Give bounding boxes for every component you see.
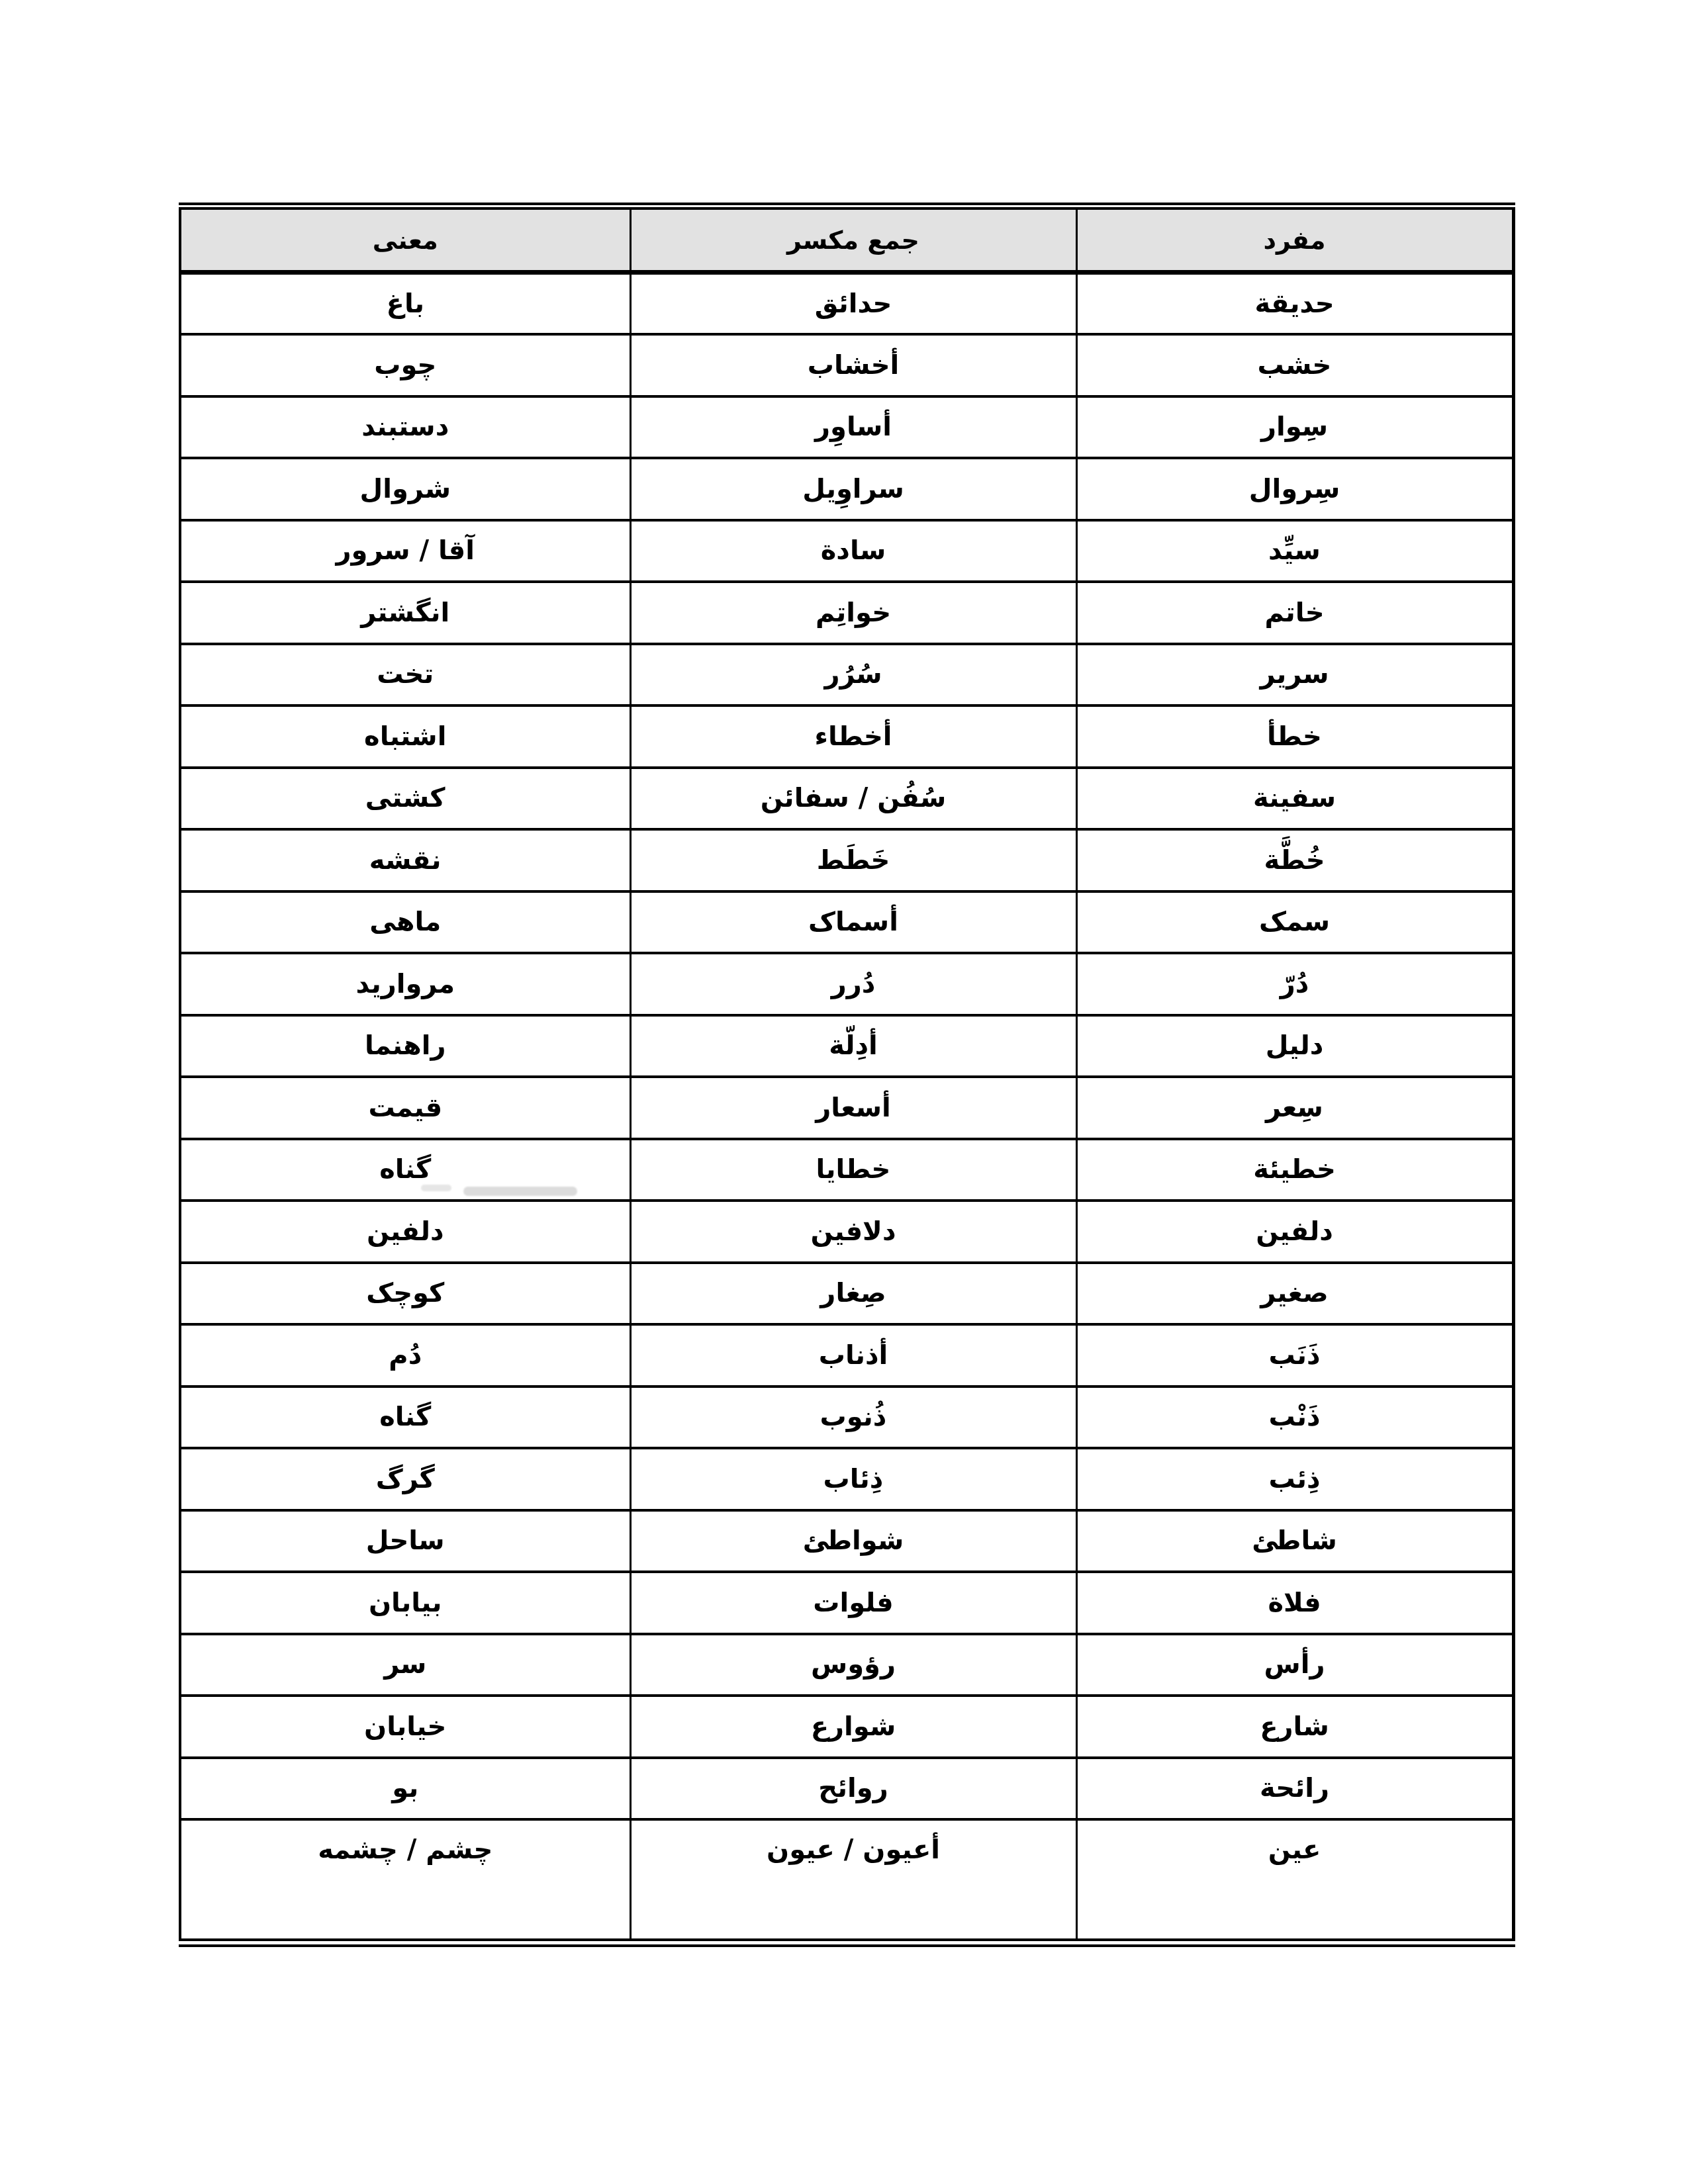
cell-meaning: گرگ <box>180 1448 630 1510</box>
table-row: سيِّدسادةآقا / سرور <box>180 520 1513 582</box>
table-row: سمکأسماکماهی <box>180 891 1513 954</box>
table-body: حديقةحدائقباغخشبأخشابچوبسِوارأساوِردستبن… <box>180 273 1513 1943</box>
cell-meaning: شروال <box>180 458 630 520</box>
table-row: شاطئشواطئساحل <box>180 1510 1513 1572</box>
cell-plural: صِغار <box>630 1263 1076 1325</box>
cell-singular: خُطَّة <box>1076 829 1513 891</box>
scan-artifact-light <box>421 1185 451 1191</box>
cell-singular: سفينة <box>1076 768 1513 830</box>
cell-singular: رأس <box>1076 1634 1513 1696</box>
cell-plural: أذناب <box>630 1324 1076 1387</box>
cell-meaning: تخت <box>180 644 630 706</box>
cell-singular: شارع <box>1076 1696 1513 1758</box>
cell-singular: شاطئ <box>1076 1510 1513 1572</box>
cell-singular: خطأ <box>1076 705 1513 768</box>
cell-plural: ذُنوب <box>630 1387 1076 1449</box>
cell-singular: ذَنَب <box>1076 1324 1513 1387</box>
cell-singular: خطيئة <box>1076 1139 1513 1201</box>
cell-singular: سِعر <box>1076 1077 1513 1139</box>
cell-singular: خاتم <box>1076 582 1513 644</box>
cell-plural: فلوات <box>630 1572 1076 1634</box>
table-row: دليلأدِلّةراهنما <box>180 1015 1513 1077</box>
cell-meaning: راهنما <box>180 1015 630 1077</box>
cell-plural: دلافين <box>630 1201 1076 1263</box>
table-row: دُرّدُررمروارید <box>180 953 1513 1015</box>
cell-singular: ذَنْب <box>1076 1387 1513 1449</box>
cell-meaning: چوب <box>180 334 630 396</box>
cell-singular: سمک <box>1076 891 1513 954</box>
cell-plural: أسماک <box>630 891 1076 954</box>
cell-meaning: ساحل <box>180 1510 630 1572</box>
column-header-singular: مفرد <box>1076 206 1513 273</box>
cell-meaning: آقا / سرور <box>180 520 630 582</box>
cell-plural: شواطئ <box>630 1510 1076 1572</box>
table-row: حديقةحدائقباغ <box>180 273 1513 335</box>
table-row: ذَنَبأذنابدُم <box>180 1324 1513 1387</box>
cell-plural: خطايا <box>630 1139 1076 1201</box>
cell-plural: سُرُر <box>630 644 1076 706</box>
cell-plural: دُرر <box>630 953 1076 1015</box>
table-row: شارعشوارعخیابان <box>180 1696 1513 1758</box>
cell-singular: سرير <box>1076 644 1513 706</box>
cell-meaning: دلفین <box>180 1201 630 1263</box>
cell-singular: فلاة <box>1076 1572 1513 1634</box>
cell-plural: سراوِيل <box>630 458 1076 520</box>
cell-meaning: قیمت <box>180 1077 630 1139</box>
table-row: فلاةفلواتبیابان <box>180 1572 1513 1634</box>
cell-meaning: اشتباه <box>180 705 630 768</box>
cell-singular: دليل <box>1076 1015 1513 1077</box>
cell-meaning: خیابان <box>180 1696 630 1758</box>
table-row: ذَنْبذُنوبگناه <box>180 1387 1513 1449</box>
cell-plural: سادة <box>630 520 1076 582</box>
cell-meaning: چشم / چشمه <box>180 1819 630 1942</box>
table-row: خطأأخطاءاشتباه <box>180 705 1513 768</box>
table-row: خُطَّةخَطَطنقشه <box>180 829 1513 891</box>
cell-plural: رؤوس <box>630 1634 1076 1696</box>
table-row: خاتمخواتِمانگشتر <box>180 582 1513 644</box>
cell-plural: أعيون / عيون <box>630 1819 1076 1942</box>
cell-singular: سِوار <box>1076 396 1513 459</box>
cell-plural: أخطاء <box>630 705 1076 768</box>
cell-meaning: بو <box>180 1758 630 1820</box>
cell-meaning: نقشه <box>180 829 630 891</box>
cell-singular: حديقة <box>1076 273 1513 335</box>
cell-meaning: ماهی <box>180 891 630 954</box>
cell-meaning: بیابان <box>180 1572 630 1634</box>
cell-plural: خَطَط <box>630 829 1076 891</box>
cell-singular: ذِئب <box>1076 1448 1513 1510</box>
cell-singular: خشب <box>1076 334 1513 396</box>
cell-plural: حدائق <box>630 273 1076 335</box>
cell-meaning: سر <box>180 1634 630 1696</box>
table-row: خطيئةخطاياگناه <box>180 1139 1513 1201</box>
header-row: مفرد جمع مكسر معنى <box>180 206 1513 273</box>
table-row: رأسرؤوسسر <box>180 1634 1513 1696</box>
cell-plural: أسعار <box>630 1077 1076 1139</box>
cell-plural: ذِئاب <box>630 1448 1076 1510</box>
cell-meaning: باغ <box>180 273 630 335</box>
cell-plural: أدِلّة <box>630 1015 1076 1077</box>
table-row: سِوارأساوِردستبند <box>180 396 1513 459</box>
scan-artifact <box>463 1187 577 1196</box>
cell-singular: صغير <box>1076 1263 1513 1325</box>
cell-plural: شوارع <box>630 1696 1076 1758</box>
cell-singular: دلفين <box>1076 1201 1513 1263</box>
table-row: سِروالسراوِيلشروال <box>180 458 1513 520</box>
table-header: مفرد جمع مكسر معنى <box>180 206 1513 273</box>
cell-singular: سيِّد <box>1076 520 1513 582</box>
document-page: مفرد جمع مكسر معنى حديقةحدائقباغخشبأخشاب… <box>0 0 1688 2184</box>
cell-plural: أخشاب <box>630 334 1076 396</box>
table-row: سريرسُرُرتخت <box>180 644 1513 706</box>
column-header-meaning: معنى <box>180 206 630 273</box>
cell-singular: رائحة <box>1076 1758 1513 1820</box>
table-row: عينأعيون / عيونچشم / چشمه <box>180 1819 1513 1942</box>
table-row: سِعرأسعارقیمت <box>180 1077 1513 1139</box>
cell-plural: أساوِر <box>630 396 1076 459</box>
cell-singular: عين <box>1076 1819 1513 1942</box>
cell-meaning: دستبند <box>180 396 630 459</box>
cell-singular: سِروال <box>1076 458 1513 520</box>
cell-meaning: کشتی <box>180 768 630 830</box>
cell-plural: خواتِم <box>630 582 1076 644</box>
table-row: خشبأخشابچوب <box>180 334 1513 396</box>
table-row: دلفيندلافيندلفین <box>180 1201 1513 1263</box>
cell-meaning: انگشتر <box>180 582 630 644</box>
cell-plural: سُفُن / سفائن <box>630 768 1076 830</box>
cell-plural: روائح <box>630 1758 1076 1820</box>
cell-meaning: گناه <box>180 1387 630 1449</box>
table-row: صغيرصِغارکوچک <box>180 1263 1513 1325</box>
table-row: سفينةسُفُن / سفائنکشتی <box>180 768 1513 830</box>
cell-meaning: مروارید <box>180 953 630 1015</box>
cell-meaning: کوچک <box>180 1263 630 1325</box>
table-row: رائحةروائحبو <box>180 1758 1513 1820</box>
column-header-broken-plural: جمع مكسر <box>630 206 1076 273</box>
table-row: ذِئبذِئابگرگ <box>180 1448 1513 1510</box>
vocab-table: مفرد جمع مكسر معنى حديقةحدائقباغخشبأخشاب… <box>179 203 1515 1947</box>
cell-singular: دُرّ <box>1076 953 1513 1015</box>
cell-meaning: دُم <box>180 1324 630 1387</box>
